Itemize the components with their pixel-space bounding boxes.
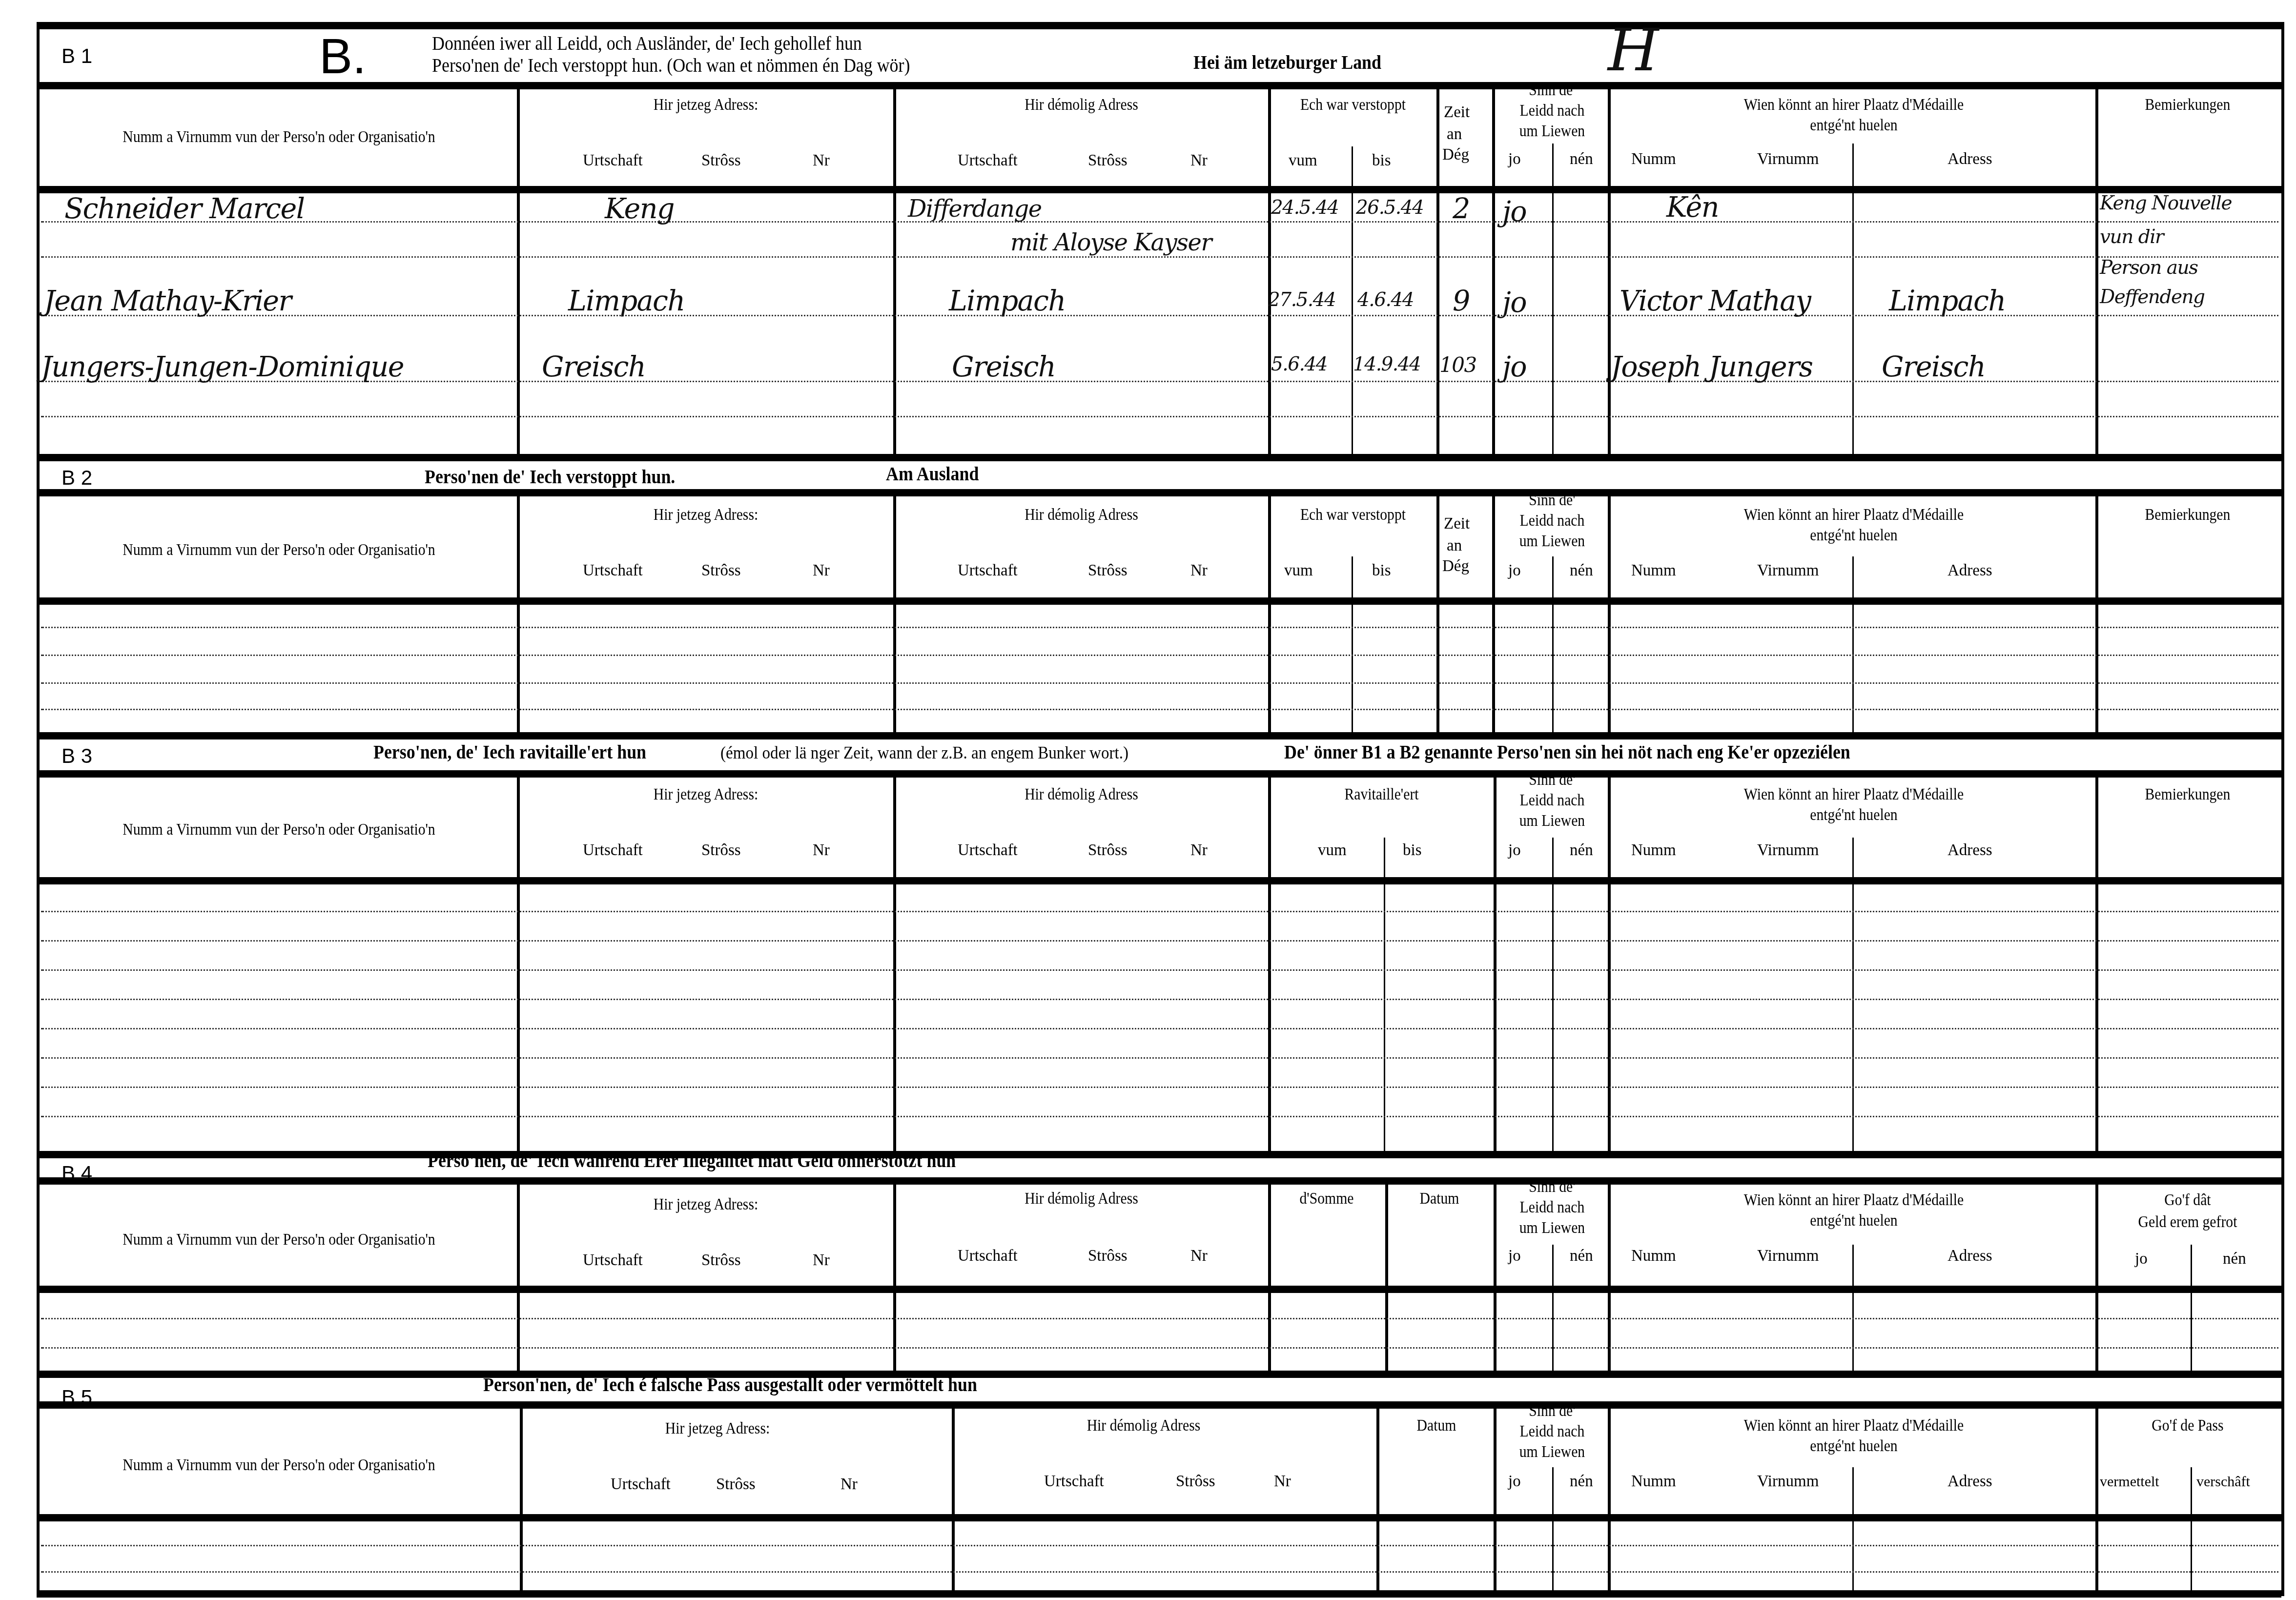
header-number: Nr xyxy=(813,842,830,860)
header-to: bis xyxy=(1403,842,1422,860)
header-yes: jo xyxy=(1508,1248,1521,1265)
dotted-rule xyxy=(41,709,2278,710)
header-street: Strôss xyxy=(701,842,741,860)
header-firstname: Virnumm xyxy=(1757,562,1819,580)
header-address: Adress xyxy=(1947,562,1992,580)
header-name-col: Numm a Virnumm vun der Perso'n oder Orga… xyxy=(65,1457,493,1475)
header-alive: um Liewen xyxy=(1501,813,1604,830)
row2-to: 4.6.44 xyxy=(1357,290,1414,312)
header-street: Strôss xyxy=(1088,152,1127,170)
column-line xyxy=(2095,492,2098,732)
column-line xyxy=(1608,85,1611,454)
header-former-address: Hir démolig Adress xyxy=(971,1417,1316,1435)
column-line xyxy=(893,492,896,732)
dotted-rule xyxy=(41,655,2278,656)
header-remarks: Bemierkungen xyxy=(2106,97,2270,114)
row2-alive: jo xyxy=(1502,287,1526,319)
header-time: Zeit xyxy=(1444,515,1470,533)
header-money-returned: Go'f dât xyxy=(2106,1192,2270,1210)
divider xyxy=(37,1151,2281,1158)
column-line xyxy=(1376,1404,1379,1592)
header-alive: Sinn de' xyxy=(1501,492,1604,510)
header-from: vum xyxy=(1318,842,1347,860)
dotted-rule xyxy=(41,416,2278,417)
column-line xyxy=(1268,492,1271,732)
header-locality: Urtschaft xyxy=(958,1248,1018,1265)
dotted-rule xyxy=(41,1057,2278,1059)
header-firstname: Virnumm xyxy=(1757,1473,1819,1491)
column-line xyxy=(2191,1467,2192,1592)
header-street: Strôss xyxy=(701,152,741,170)
header-no: nén xyxy=(1570,562,1593,580)
row2-days: 9 xyxy=(1453,286,1470,318)
column-line xyxy=(1852,838,1854,1151)
header-alive: Leidd nach xyxy=(1501,792,1604,810)
column-line xyxy=(893,1180,896,1371)
header-former-address: Hir démolig Adress xyxy=(913,786,1250,804)
divider xyxy=(37,1514,2281,1521)
header-yes: jo xyxy=(1508,562,1521,580)
header-surname: Numm xyxy=(1631,1248,1676,1265)
column-line xyxy=(1852,144,1854,454)
header-time: Dég xyxy=(1442,146,1469,164)
header-hidden: Ech war verstoppt xyxy=(1276,507,1429,524)
dotted-rule xyxy=(41,221,2278,223)
header-medal: Wien könnt an hirer Plaatz d'Médaille xyxy=(1635,786,2072,804)
column-line xyxy=(1494,773,1496,1151)
row2-current-locality: Limpach xyxy=(568,286,685,318)
header-firstname: Virnumm xyxy=(1757,842,1819,860)
header-number: Nr xyxy=(813,1252,830,1270)
column-line xyxy=(1552,144,1554,454)
section-b2-title-suffix: Am Ausland xyxy=(886,463,979,486)
column-line xyxy=(517,773,520,1151)
row1-from: 24.5.44 xyxy=(1271,198,1338,220)
divider xyxy=(37,770,2281,778)
header-no: nén xyxy=(2223,1251,2246,1268)
row2-medal-name: Victor Mathay xyxy=(1619,286,1811,318)
margin-annotation: H xyxy=(1608,18,1658,85)
row2-name: Jean Mathay-Krier xyxy=(44,286,291,318)
column-line xyxy=(1552,838,1554,1151)
header-street: Strôss xyxy=(701,1252,741,1270)
column-line xyxy=(2095,1404,2098,1592)
dotted-rule xyxy=(41,1545,2278,1546)
column-line xyxy=(952,1404,955,1592)
header-pass: Go'f de Pass xyxy=(2106,1417,2270,1435)
dotted-rule xyxy=(41,1571,2278,1573)
header-hidden: Ech war verstoppt xyxy=(1276,97,1429,114)
column-line xyxy=(1268,1180,1271,1371)
header-current-address: Hir jetzeg Adress: xyxy=(540,1420,896,1438)
row1-medal-name: Kên xyxy=(1666,192,1719,224)
dotted-rule xyxy=(41,627,2278,628)
header-number: Nr xyxy=(1190,1248,1208,1265)
row1-remarks-line3: Person aus xyxy=(2100,258,2198,280)
divider xyxy=(37,877,2281,884)
header-locality: Urtschaft xyxy=(583,842,643,860)
header-no: nén xyxy=(1570,151,1593,168)
header-address: Adress xyxy=(1947,842,1992,860)
header-surname: Numm xyxy=(1631,842,1676,860)
header-time: an xyxy=(1447,126,1462,144)
column-line xyxy=(893,773,896,1151)
row1-former-locality-note: mit Aloyse Kayser xyxy=(1010,228,1211,256)
section-b4-title: Perso'nen, de' Iech während Erer Illégal… xyxy=(428,1149,956,1173)
header-yes: jo xyxy=(1508,1473,1521,1491)
column-line xyxy=(1608,1180,1611,1371)
section-b1-id: B 1 xyxy=(61,44,92,67)
header-name-col: Numm a Virnumm vun der Perso'n oder Orga… xyxy=(65,542,493,559)
header-current-address: Hir jetzeg Adress: xyxy=(537,507,874,524)
header-mediated: vermettelt xyxy=(2100,1475,2159,1491)
resistance-form-page: B 1 B. Donnéen iwer all Leidd, och Auslä… xyxy=(0,0,2296,1600)
section-b3-title-note: De' önner B1 a B2 genannte Perso'nen sin… xyxy=(1284,741,1850,764)
header-former-address: Hir démolig Adress xyxy=(913,97,1250,114)
column-line xyxy=(1852,556,1854,732)
row2-former-locality: Limpach xyxy=(949,286,1066,318)
column-line xyxy=(1352,146,1353,454)
header-from: vum xyxy=(1284,562,1313,580)
dotted-rule xyxy=(41,1087,2278,1088)
header-current-address: Hir jetzeg Adress: xyxy=(537,786,874,804)
divider xyxy=(37,732,2281,739)
divider xyxy=(37,454,2281,461)
header-medal: Wien könnt an hirer Plaatz d'Médaille xyxy=(1635,507,2072,524)
header-number: Nr xyxy=(1190,562,1208,580)
header-locality: Urtschaft xyxy=(583,1252,643,1270)
row1-days: 2 xyxy=(1453,193,1470,226)
header-yes: jo xyxy=(1508,151,1521,168)
row2-from: 27.5.44 xyxy=(1268,290,1335,312)
section-b2-id: B 2 xyxy=(61,466,92,489)
section-b2-title: Perso'nen de' Iech verstoppt hun. xyxy=(425,466,675,489)
section-b1-title-line2: Perso'nen de' Iech verstoppt hun. (Och w… xyxy=(432,54,910,78)
header-date: Datum xyxy=(1382,1417,1490,1435)
row3-former-locality: Greisch xyxy=(952,351,1055,384)
header-surname: Numm xyxy=(1631,151,1676,168)
column-line xyxy=(1352,556,1353,732)
header-yes: jo xyxy=(1508,842,1521,860)
dotted-rule xyxy=(41,1318,2278,1319)
row3-from: 5.6.44 xyxy=(1271,354,1327,376)
header-street: Strôss xyxy=(1088,1248,1127,1265)
header-locality: Urtschaft xyxy=(1044,1473,1104,1491)
header-alive: Leidd nach xyxy=(1501,103,1604,120)
header-locality: Urtschaft xyxy=(958,842,1018,860)
column-line xyxy=(1494,1404,1496,1592)
header-from: vum xyxy=(1289,152,1317,170)
column-line xyxy=(1552,556,1554,732)
header-street: Strôss xyxy=(1088,842,1127,860)
header-locality: Urtschaft xyxy=(958,562,1018,580)
column-line xyxy=(1436,85,1439,454)
header-no: nén xyxy=(1570,1473,1593,1491)
section-b3-id: B 3 xyxy=(61,744,92,767)
divider xyxy=(37,1177,2281,1185)
column-line xyxy=(517,85,520,454)
header-procured: verschâft xyxy=(2196,1475,2250,1491)
row1-remarks-line2: vun dir xyxy=(2100,227,2163,249)
header-time: an xyxy=(1447,537,1462,555)
header-current-address: Hir jetzeg Adress: xyxy=(537,1196,874,1214)
row1-alive: jo xyxy=(1502,196,1526,228)
header-number: Nr xyxy=(1190,842,1208,860)
header-medal: entgé'nt huelen xyxy=(1635,1438,2072,1456)
row3-alive: jo xyxy=(1502,351,1526,384)
header-number: Nr xyxy=(1190,152,1208,170)
header-time: Zeit xyxy=(1444,104,1470,122)
divider xyxy=(37,1401,2281,1409)
header-alive: Sinn de' xyxy=(1501,772,1604,789)
header-street: Strôss xyxy=(716,1476,756,1494)
header-alive: Leidd nach xyxy=(1501,1199,1604,1217)
header-firstname: Virnumm xyxy=(1757,1248,1819,1265)
header-medal: entgé'nt huelen xyxy=(1635,807,2072,824)
column-line xyxy=(1492,85,1495,454)
column-line xyxy=(1608,773,1611,1151)
row3-name: Jungers-Jungen-Dominique xyxy=(41,351,404,384)
row1-to: 26.5.44 xyxy=(1356,198,1423,220)
column-line xyxy=(1608,492,1611,732)
header-number: Nr xyxy=(813,152,830,170)
dotted-rule xyxy=(41,256,2278,258)
header-time: Dég xyxy=(1442,558,1469,575)
row1-current-locality: Keng xyxy=(605,193,674,226)
header-number: Nr xyxy=(1274,1473,1291,1491)
dotted-rule xyxy=(41,969,2278,971)
column-line xyxy=(1852,1245,1854,1371)
header-current-address: Hir jetzeg Adress: xyxy=(537,97,874,114)
column-line xyxy=(2095,773,2098,1151)
header-locality: Urtschaft xyxy=(611,1476,671,1494)
dotted-rule xyxy=(41,1028,2278,1029)
row3-current-locality: Greisch xyxy=(542,351,645,384)
column-line xyxy=(893,85,896,454)
header-remarks: Bemierkungen xyxy=(2106,786,2270,804)
header-name-col: Numm a Virnumm vun der Perso'n oder Orga… xyxy=(65,129,493,146)
dotted-rule xyxy=(41,682,2278,684)
row3-medal-address: Greisch xyxy=(1882,351,1985,384)
header-street: Strôss xyxy=(701,562,741,580)
header-address: Adress xyxy=(1947,1248,1992,1265)
dotted-rule xyxy=(41,1347,2278,1349)
header-no: nén xyxy=(1570,1248,1593,1265)
dotted-rule xyxy=(41,911,2278,912)
header-address: Adress xyxy=(1947,1473,1992,1491)
column-line xyxy=(1268,85,1271,454)
section-b1-title-line1: Donnéen iwer all Leidd, och Ausländer, d… xyxy=(432,32,862,56)
header-medal: Wien könnt an hirer Plaatz d'Médaille xyxy=(1635,1417,2072,1435)
header-alive: um Liewen xyxy=(1501,123,1604,141)
header-street: Strôss xyxy=(1088,562,1127,580)
column-line xyxy=(2095,85,2098,454)
header-remarks: Bemierkungen xyxy=(2106,507,2270,524)
column-line xyxy=(517,1180,520,1371)
column-line xyxy=(1385,1180,1388,1371)
header-date: Datum xyxy=(1391,1190,1488,1208)
header-alive: um Liewen xyxy=(1501,1220,1604,1237)
header-street: Strôss xyxy=(1176,1473,1215,1491)
row1-former-locality: Differdange xyxy=(908,195,1042,223)
header-medal: entgé'nt huelen xyxy=(1635,117,2072,135)
divider xyxy=(37,1590,2281,1598)
header-number: Nr xyxy=(813,562,830,580)
column-line xyxy=(1852,1467,1854,1592)
column-line xyxy=(1384,838,1385,1151)
dotted-rule xyxy=(41,940,2278,942)
row1-remarks-line1: Keng Nouvelle xyxy=(2100,193,2232,215)
column-line xyxy=(1552,1245,1554,1371)
header-locality: Urtschaft xyxy=(958,152,1018,170)
section-b5-title: Person'nen, de' Iech é falsche Pass ausg… xyxy=(483,1374,977,1397)
header-number: Nr xyxy=(840,1476,858,1494)
column-line xyxy=(1608,1404,1611,1592)
column-line xyxy=(517,492,520,732)
header-former-address: Hir démolig Adress xyxy=(913,507,1250,524)
header-money-returned: Geld erem gefrot xyxy=(2106,1214,2270,1231)
header-surname: Numm xyxy=(1631,1473,1676,1491)
header-yes: jo xyxy=(2135,1251,2148,1268)
row3-days: 103 xyxy=(1439,354,1476,378)
row1-name: Schneider Marcel xyxy=(64,193,304,226)
header-to: bis xyxy=(1372,152,1391,170)
divider xyxy=(37,489,2281,496)
header-former-address: Hir démolig Adress xyxy=(913,1190,1250,1208)
header-alive: Leidd nach xyxy=(1501,1423,1604,1441)
divider xyxy=(37,186,2281,193)
header-medal: entgé'nt huelen xyxy=(1635,1212,2072,1230)
header-locality: Urtschaft xyxy=(583,152,643,170)
dotted-rule xyxy=(41,999,2278,1000)
column-line xyxy=(1494,1180,1496,1371)
header-sum: d'Somme xyxy=(1274,1190,1379,1208)
column-line xyxy=(2095,1180,2098,1371)
header-to: bis xyxy=(1372,562,1391,580)
header-alive: um Liewen xyxy=(1501,533,1604,551)
header-medal: entgé'nt huelen xyxy=(1635,527,2072,545)
column-line xyxy=(1552,1467,1554,1592)
header-address: Adress xyxy=(1947,151,1992,168)
column-line xyxy=(1268,773,1271,1151)
divider xyxy=(37,22,2281,29)
row3-medal-name: Joseph Jungers xyxy=(1611,351,1812,384)
section-b1-title-bold: Hei äm letzeburger Land xyxy=(1193,51,1381,75)
header-surname: Numm xyxy=(1631,562,1676,580)
divider xyxy=(37,82,2281,89)
header-name-col: Numm a Virnumm vun der Perso'n oder Orga… xyxy=(65,1231,493,1249)
header-locality: Urtschaft xyxy=(583,562,643,580)
column-line xyxy=(1436,492,1439,732)
row3-to: 14.9.44 xyxy=(1353,354,1420,376)
header-alive: Sinn de' xyxy=(1501,82,1604,100)
section-b3-title: Perso'nen, de' Iech ravitaille'ert hun xyxy=(373,741,646,764)
form-letter: B. xyxy=(319,29,366,86)
header-alive: Sinn de' xyxy=(1501,1179,1604,1196)
header-alive: Leidd nach xyxy=(1501,513,1604,530)
header-alive: Sinn de' xyxy=(1501,1403,1604,1420)
row1-remarks-line4: Deffendeng xyxy=(2100,287,2205,309)
header-medal: Wien könnt an hirer Plaatz d'Médaille xyxy=(1635,1192,2072,1210)
column-line xyxy=(2191,1245,2192,1371)
row2-medal-address: Limpach xyxy=(1889,286,2006,318)
column-line xyxy=(1492,492,1495,732)
header-supplied: Ravitaille'ert xyxy=(1279,786,1484,804)
header-firstname: Virnumm xyxy=(1757,151,1819,168)
header-no: nén xyxy=(1570,842,1593,860)
divider xyxy=(37,597,2281,605)
column-line xyxy=(520,1404,523,1592)
header-alive: um Liewen xyxy=(1501,1444,1604,1461)
header-medal: Wien könnt an hirer Plaatz d'Médaille xyxy=(1635,97,2072,114)
header-name-col: Numm a Virnumm vun der Perso'n oder Orga… xyxy=(65,821,493,839)
divider xyxy=(37,1286,2281,1293)
section-b3-title-paren: (émol oder lä nger Zeit, wann der z.B. a… xyxy=(720,742,1128,764)
divider xyxy=(37,1371,2281,1378)
dotted-rule xyxy=(41,1116,2278,1117)
